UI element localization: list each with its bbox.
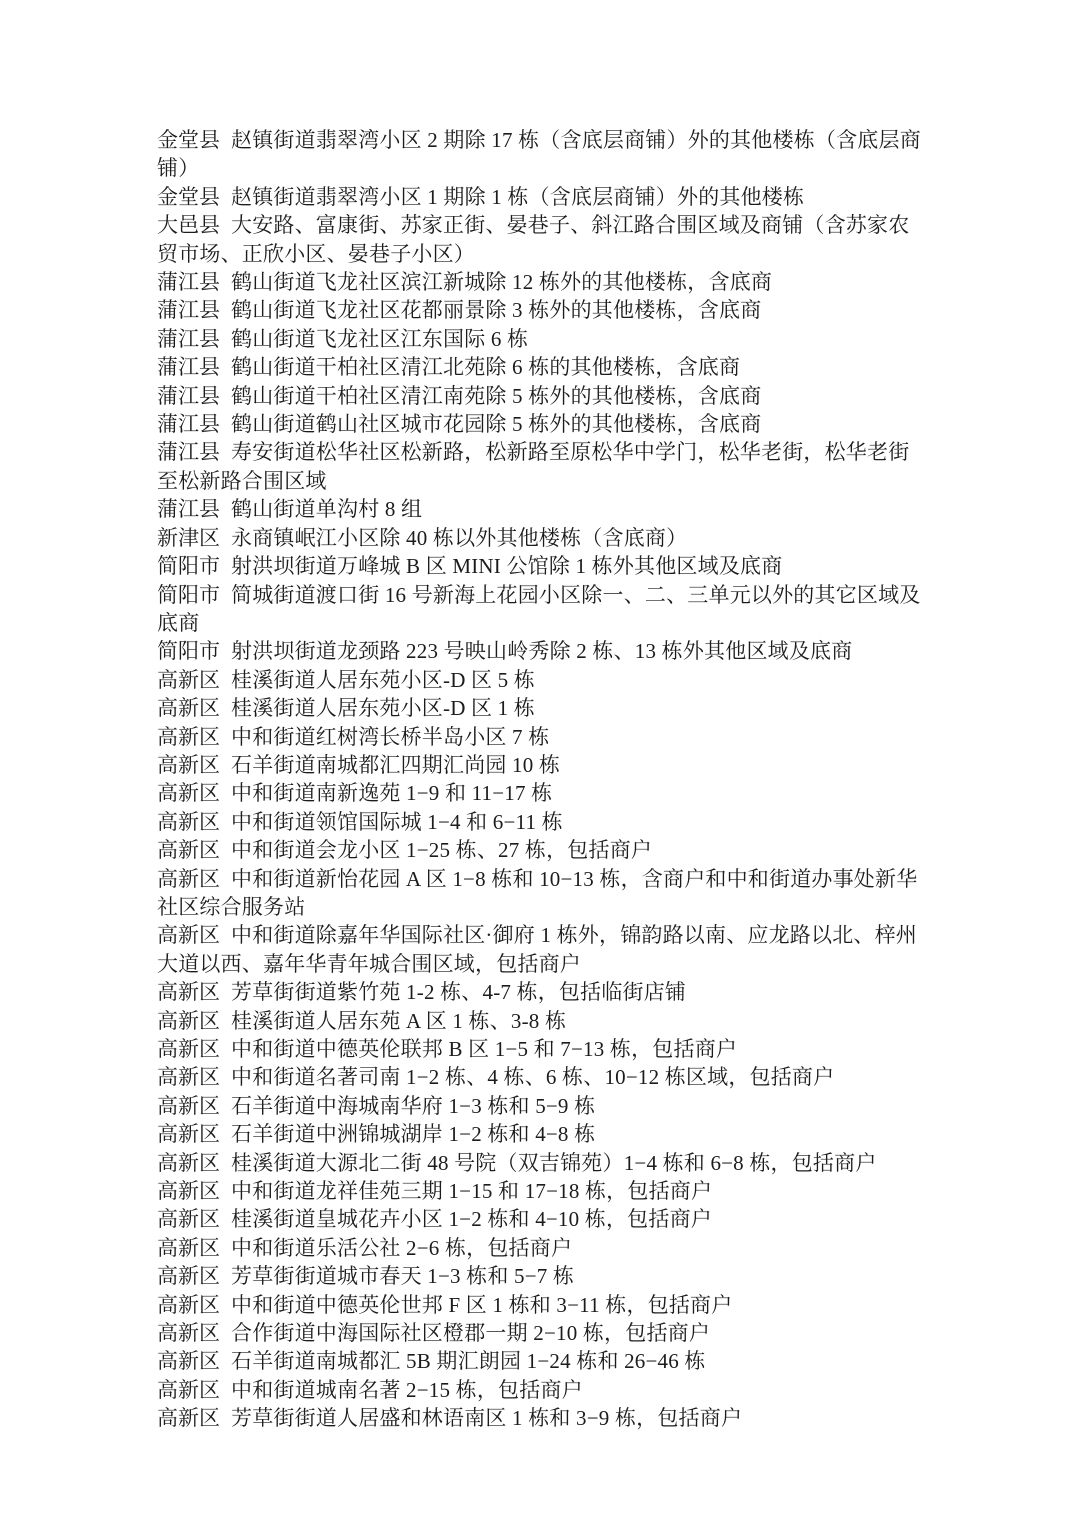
area-description: 射洪坝街道万峰城 B 区 MINI 公馆除 1 栋外其他区域及底商 xyxy=(231,554,782,578)
district-label: 高新区 xyxy=(157,1378,220,1402)
area-description: 中和街道南新逸苑 1−9 和 11−17 栋 xyxy=(231,781,552,805)
entry-row: 高新区芳草街街道人居盛和林语南区 1 栋和 3−9 栋，包括商户 xyxy=(157,1404,925,1432)
area-description: 中和街道会龙小区 1−25 栋、27 栋，包括商户 xyxy=(231,838,652,862)
district-label: 大邑县 xyxy=(157,213,220,237)
entry-row: 新津区永商镇岷江小区除 40 栋以外其他楼栋（含底商） xyxy=(157,524,925,552)
entry-row: 蒲江县鹤山街道飞龙社区花都丽景除 3 栋外的其他楼栋，含底商 xyxy=(157,296,925,324)
district-label: 高新区 xyxy=(157,781,220,805)
district-label: 蒲江县 xyxy=(157,497,220,521)
entry-row: 蒲江县寿安街道松华社区松新路，松新路至原松华中学门，松华老街，松华老街至松新路合… xyxy=(157,438,925,495)
area-description: 中和街道除嘉年华国际社区·御府 1 栋外，锦韵路以南、应龙路以北、梓州大道以西、… xyxy=(157,923,917,975)
entry-row: 蒲江县鹤山街道飞龙社区江东国际 6 栋 xyxy=(157,325,925,353)
entry-row: 高新区中和街道领馆国际城 1−4 和 6−11 栋 xyxy=(157,808,925,836)
entry-row: 高新区中和街道新怡花园 A 区 1−8 栋和 10−13 栋，含商户和中和街道办… xyxy=(157,865,925,922)
entry-row: 高新区中和街道名著司南 1−2 栋、4 栋、6 栋、10−12 栋区域，包括商户 xyxy=(157,1063,925,1091)
entry-row: 高新区石羊街道南城都汇 5B 期汇朗园 1−24 栋和 26−46 栋 xyxy=(157,1347,925,1375)
area-description: 简城街道渡口街 16 号新海上花园小区除一、二、三单元以外的其它区域及底商 xyxy=(157,583,921,635)
district-label: 简阳市 xyxy=(157,639,220,663)
area-description: 石羊街道中海城南华府 1−3 栋和 5−9 栋 xyxy=(231,1094,595,1118)
entry-row: 高新区桂溪街道人居东苑 A 区 1 栋、3-8 栋 xyxy=(157,1007,925,1035)
area-description: 中和街道中德英伦世邦 F 区 1 栋和 3−11 栋，包括商户 xyxy=(231,1293,732,1317)
area-description: 石羊街道南城都汇 5B 期汇朗园 1−24 栋和 26−46 栋 xyxy=(231,1349,706,1373)
district-label: 蒲江县 xyxy=(157,412,220,436)
district-label: 高新区 xyxy=(157,1179,220,1203)
area-description: 中和街道领馆国际城 1−4 和 6−11 栋 xyxy=(231,810,563,834)
district-label: 高新区 xyxy=(157,810,220,834)
district-label: 高新区 xyxy=(157,1207,220,1231)
district-label: 高新区 xyxy=(157,1236,220,1260)
district-label: 高新区 xyxy=(157,1009,220,1033)
entry-row: 高新区桂溪街道人居东苑小区-D 区 1 栋 xyxy=(157,694,925,722)
entry-row: 高新区中和街道南新逸苑 1−9 和 11−17 栋 xyxy=(157,779,925,807)
district-label: 高新区 xyxy=(157,1406,220,1430)
entry-row: 蒲江县鹤山街道干柏社区清江北苑除 6 栋的其他楼栋，含底商 xyxy=(157,353,925,381)
district-label: 高新区 xyxy=(157,838,220,862)
entry-row: 高新区石羊街道中洲锦城湖岸 1−2 栋和 4−8 栋 xyxy=(157,1120,925,1148)
entry-row: 高新区中和街道乐活公社 2−6 栋，包括商户 xyxy=(157,1234,925,1262)
district-label: 高新区 xyxy=(157,980,220,1004)
area-description: 中和街道名著司南 1−2 栋、4 栋、6 栋、10−12 栋区域，包括商户 xyxy=(231,1065,834,1089)
entry-row: 高新区中和街道中德英伦联邦 B 区 1−5 和 7−13 栋，包括商户 xyxy=(157,1035,925,1063)
area-description: 寿安街道松华社区松新路，松新路至原松华中学门，松华老街，松华老街至松新路合围区域 xyxy=(157,440,909,492)
area-description: 桂溪街道人居东苑小区-D 区 1 栋 xyxy=(231,696,535,720)
area-description: 大安路、富康街、苏家正街、晏巷子、斜江路合围区域及商铺（含苏家农贸市场、正欣小区… xyxy=(157,213,909,265)
area-description: 鹤山街道飞龙社区江东国际 6 栋 xyxy=(231,327,528,351)
entry-row: 高新区中和街道中德英伦世邦 F 区 1 栋和 3−11 栋，包括商户 xyxy=(157,1291,925,1319)
entry-row: 高新区桂溪街道皇城花卉小区 1−2 栋和 4−10 栋，包括商户 xyxy=(157,1205,925,1233)
district-label: 高新区 xyxy=(157,668,220,692)
district-label: 蒲江县 xyxy=(157,355,220,379)
entry-row: 高新区桂溪街道大源北二街 48 号院（双吉锦苑）1−4 栋和 6−8 栋，包括商… xyxy=(157,1149,925,1177)
district-label: 金堂县 xyxy=(157,185,220,209)
district-label: 金堂县 xyxy=(157,128,220,152)
entry-row: 金堂县赵镇街道翡翠湾小区 1 期除 1 栋（含底层商铺）外的其他楼栋 xyxy=(157,183,925,211)
entry-row: 高新区桂溪街道人居东苑小区-D 区 5 栋 xyxy=(157,666,925,694)
entries-list: 金堂县赵镇街道翡翠湾小区 2 期除 17 栋（含底层商铺）外的其他楼栋（含底层商… xyxy=(157,126,925,1433)
area-description: 石羊街道中洲锦城湖岸 1−2 栋和 4−8 栋 xyxy=(231,1122,595,1146)
entry-row: 蒲江县鹤山街道干柏社区清江南苑除 5 栋外的其他楼栋，含底商 xyxy=(157,382,925,410)
entry-row: 蒲江县鹤山街道飞龙社区滨江新城除 12 栋外的其他楼栋，含底商 xyxy=(157,268,925,296)
area-description: 中和街道乐活公社 2−6 栋，包括商户 xyxy=(231,1236,572,1260)
entry-row: 高新区中和街道会龙小区 1−25 栋、27 栋，包括商户 xyxy=(157,836,925,864)
district-label: 高新区 xyxy=(157,1037,220,1061)
district-label: 高新区 xyxy=(157,1349,220,1373)
area-description: 鹤山街道干柏社区清江南苑除 5 栋外的其他楼栋，含底商 xyxy=(231,384,761,408)
entry-row: 高新区石羊街道中海城南华府 1−3 栋和 5−9 栋 xyxy=(157,1092,925,1120)
entry-row: 蒲江县鹤山街道单沟村 8 组 xyxy=(157,495,925,523)
entry-row: 蒲江县鹤山街道鹤山社区城市花园除 5 栋外的其他楼栋，含底商 xyxy=(157,410,925,438)
district-label: 高新区 xyxy=(157,1264,220,1288)
area-description: 鹤山街道飞龙社区花都丽景除 3 栋外的其他楼栋，含底商 xyxy=(231,298,761,322)
district-label: 蒲江县 xyxy=(157,440,220,464)
district-label: 简阳市 xyxy=(157,583,220,607)
district-label: 高新区 xyxy=(157,1094,220,1118)
entry-row: 高新区石羊街道南城都汇四期汇尚园 10 栋 xyxy=(157,751,925,779)
area-description: 桂溪街道大源北二街 48 号院（双吉锦苑）1−4 栋和 6−8 栋，包括商户 xyxy=(231,1151,877,1175)
entry-row: 高新区中和街道龙祥佳苑三期 1−15 和 17−18 栋，包括商户 xyxy=(157,1177,925,1205)
area-description: 芳草街街道紫竹苑 1-2 栋、4-7 栋，包括临街店铺 xyxy=(231,980,686,1004)
area-description: 中和街道红树湾长桥半岛小区 7 栋 xyxy=(231,725,549,749)
district-label: 高新区 xyxy=(157,1321,220,1345)
district-label: 高新区 xyxy=(157,1065,220,1089)
district-label: 新津区 xyxy=(157,526,220,550)
district-label: 蒲江县 xyxy=(157,298,220,322)
district-label: 简阳市 xyxy=(157,554,220,578)
area-description: 芳草街街道人居盛和林语南区 1 栋和 3−9 栋，包括商户 xyxy=(231,1406,742,1430)
entry-row: 简阳市简城街道渡口街 16 号新海上花园小区除一、二、三单元以外的其它区域及底商 xyxy=(157,581,925,638)
area-description: 桂溪街道皇城花卉小区 1−2 栋和 4−10 栋，包括商户 xyxy=(231,1207,712,1231)
area-description: 永商镇岷江小区除 40 栋以外其他楼栋（含底商） xyxy=(231,526,687,550)
entry-row: 高新区中和街道除嘉年华国际社区·御府 1 栋外，锦韵路以南、应龙路以北、梓州大道… xyxy=(157,921,925,978)
area-description: 石羊街道南城都汇四期汇尚园 10 栋 xyxy=(231,753,560,777)
entry-row: 高新区合作街道中海国际社区橙郡一期 2−10 栋，包括商户 xyxy=(157,1319,925,1347)
area-description: 赵镇街道翡翠湾小区 2 期除 17 栋（含底层商铺）外的其他楼栋（含底层商铺） xyxy=(157,128,921,180)
area-description: 芳草街街道城市春天 1−3 栋和 5−7 栋 xyxy=(231,1264,574,1288)
area-description: 桂溪街道人居东苑 A 区 1 栋、3-8 栋 xyxy=(231,1009,566,1033)
area-description: 射洪坝街道龙颈路 223 号映山岭秀除 2 栋、13 栋外其他区域及底商 xyxy=(231,639,852,663)
entry-row: 高新区中和街道红树湾长桥半岛小区 7 栋 xyxy=(157,723,925,751)
area-description: 中和街道城南名著 2−15 栋，包括商户 xyxy=(231,1378,583,1402)
district-label: 高新区 xyxy=(157,725,220,749)
district-label: 高新区 xyxy=(157,923,220,947)
district-label: 蒲江县 xyxy=(157,327,220,351)
district-label: 高新区 xyxy=(157,1122,220,1146)
area-description: 鹤山街道单沟村 8 组 xyxy=(231,497,422,521)
area-description: 中和街道新怡花园 A 区 1−8 栋和 10−13 栋，含商户和中和街道办事处新… xyxy=(157,867,917,919)
entry-row: 高新区芳草街街道紫竹苑 1-2 栋、4-7 栋，包括临街店铺 xyxy=(157,978,925,1006)
district-label: 蒲江县 xyxy=(157,270,220,294)
entry-row: 高新区中和街道城南名著 2−15 栋，包括商户 xyxy=(157,1376,925,1404)
document-page: 金堂县赵镇街道翡翠湾小区 2 期除 17 栋（含底层商铺）外的其他楼栋（含底层商… xyxy=(0,0,1080,1526)
district-label: 高新区 xyxy=(157,1293,220,1317)
entry-row: 简阳市射洪坝街道龙颈路 223 号映山岭秀除 2 栋、13 栋外其他区域及底商 xyxy=(157,637,925,665)
district-label: 高新区 xyxy=(157,1151,220,1175)
entry-row: 金堂县赵镇街道翡翠湾小区 2 期除 17 栋（含底层商铺）外的其他楼栋（含底层商… xyxy=(157,126,925,183)
entry-row: 高新区芳草街街道城市春天 1−3 栋和 5−7 栋 xyxy=(157,1262,925,1290)
area-description: 赵镇街道翡翠湾小区 1 期除 1 栋（含底层商铺）外的其他楼栋 xyxy=(231,185,804,209)
area-description: 鹤山街道飞龙社区滨江新城除 12 栋外的其他楼栋，含底商 xyxy=(231,270,772,294)
district-label: 高新区 xyxy=(157,867,220,891)
area-description: 合作街道中海国际社区橙郡一期 2−10 栋，包括商户 xyxy=(231,1321,710,1345)
area-description: 鹤山街道干柏社区清江北苑除 6 栋的其他楼栋，含底商 xyxy=(231,355,740,379)
area-description: 桂溪街道人居东苑小区-D 区 5 栋 xyxy=(231,668,535,692)
entry-row: 简阳市射洪坝街道万峰城 B 区 MINI 公馆除 1 栋外其他区域及底商 xyxy=(157,552,925,580)
area-description: 鹤山街道鹤山社区城市花园除 5 栋外的其他楼栋，含底商 xyxy=(231,412,761,436)
district-label: 蒲江县 xyxy=(157,384,220,408)
entry-row: 大邑县大安路、富康街、苏家正街、晏巷子、斜江路合围区域及商铺（含苏家农贸市场、正… xyxy=(157,211,925,268)
area-description: 中和街道中德英伦联邦 B 区 1−5 和 7−13 栋，包括商户 xyxy=(231,1037,737,1061)
district-label: 高新区 xyxy=(157,753,220,777)
area-description: 中和街道龙祥佳苑三期 1−15 和 17−18 栋，包括商户 xyxy=(231,1179,712,1203)
district-label: 高新区 xyxy=(157,696,220,720)
